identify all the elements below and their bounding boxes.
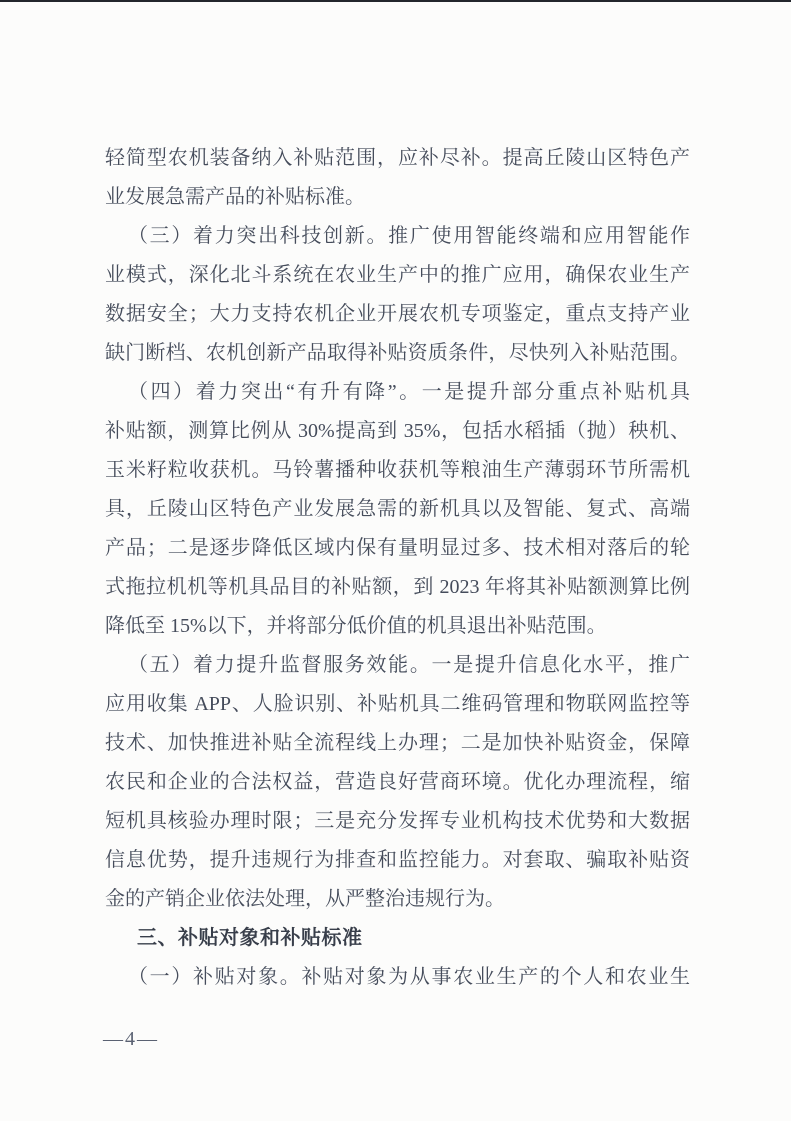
scanned-document-page: 轻简型农机装备纳入补贴范围，应补尽补。提高丘陵山区特色产业发展急需产品的补贴标准… (0, 0, 791, 1121)
text-line: （五）着力提升监督服务效能。一是提升信息化水平，推广 (105, 646, 690, 685)
text-line: 业模式，深化北斗系统在农业生产中的推广应用，确保农业生产 (105, 256, 690, 295)
text-line: 应用收集 APP、人脸识别、补贴机具二维码管理和物联网监控等 (105, 685, 690, 724)
text-line: 缺门断档、农机创新产品取得补贴资质条件，尽快列入补贴范围。 (105, 334, 690, 373)
text-line: 玉米籽粒收获机。马铃薯播种收获机等粮油生产薄弱环节所需机 (105, 451, 690, 490)
text-line: 金的产销企业依法处理，从严整治违规行为。 (105, 880, 690, 919)
text-line: 数据安全；大力支持农机企业开展农机专项鉴定，重点支持产业 (105, 295, 690, 334)
text-line: 农民和企业的合法权益，营造良好营商环境。优化办理流程，缩 (105, 763, 690, 802)
text-line: （三）着力突出科技创新。推广使用智能终端和应用智能作 (105, 217, 690, 256)
para-item-5: （五）着力提升监督服务效能。一是提升信息化水平，推广应用收集 APP、人脸识别、… (105, 646, 690, 919)
document-body: 轻简型农机装备纳入补贴范围，应补尽补。提高丘陵山区特色产业发展急需产品的补贴标准… (105, 139, 690, 997)
para-continuation: 轻简型农机装备纳入补贴范围，应补尽补。提高丘陵山区特色产业发展急需产品的补贴标准… (105, 139, 690, 217)
text-line: 三、补贴对象和补贴标准 (105, 919, 690, 958)
text-line: 技术、加快推进补贴全流程线上办理；二是加快补贴资金，保障 (105, 724, 690, 763)
para-item-4: （四）着力突出“有升有降”。一是提升部分重点补贴机具补贴额，测算比例从 30%提… (105, 373, 690, 646)
page-number: —4— (103, 1024, 159, 1054)
text-line: 具，丘陵山区特色产业发展急需的新机具以及智能、复式、高端 (105, 490, 690, 529)
text-line: 轻简型农机装备纳入补贴范围，应补尽补。提高丘陵山区特色产 (105, 139, 690, 178)
text-line: 降低至 15%以下，并将部分低价值的机具退出补贴范围。 (105, 607, 690, 646)
para-item-1: （一）补贴对象。补贴对象为从事农业生产的个人和农业生 (105, 958, 690, 997)
text-line: （一）补贴对象。补贴对象为从事农业生产的个人和农业生 (105, 958, 690, 997)
text-line: 信息优势，提升违规行为排查和监控能力。对套取、骗取补贴资 (105, 841, 690, 880)
section-heading-3: 三、补贴对象和补贴标准 (105, 919, 690, 958)
text-line: 式拖拉机机等机具品目的补贴额，到 2023 年将其补贴额测算比例 (105, 568, 690, 607)
text-line: 补贴额，测算比例从 30%提高到 35%，包括水稻插（抛）秧机、 (105, 412, 690, 451)
text-line: 产品；二是逐步降低区域内保有量明显过多、技术相对落后的轮 (105, 529, 690, 568)
text-line: 业发展急需产品的补贴标准。 (105, 178, 690, 217)
para-item-3: （三）着力突出科技创新。推广使用智能终端和应用智能作业模式，深化北斗系统在农业生… (105, 217, 690, 373)
text-line: （四）着力突出“有升有降”。一是提升部分重点补贴机具 (105, 373, 690, 412)
text-line: 短机具核验办理时限；三是充分发挥专业机构技术优势和大数据 (105, 802, 690, 841)
